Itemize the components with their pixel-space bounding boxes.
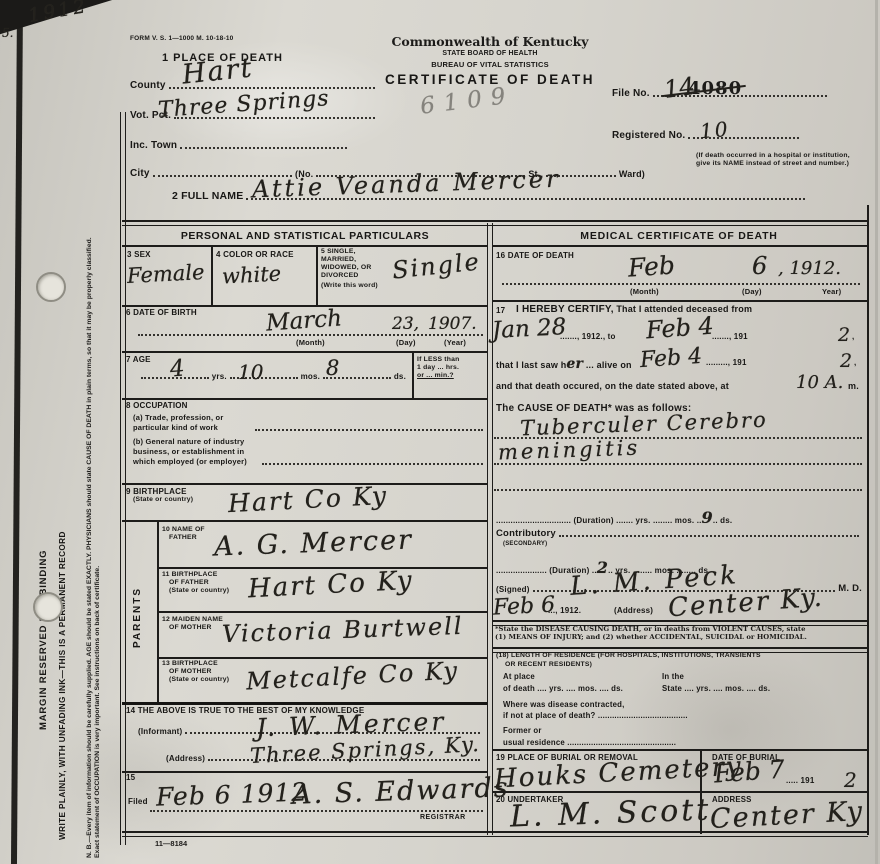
less-than-day-note: If LESS than 1 day ... hrs. or ... min.? <box>417 356 485 380</box>
dot-rule <box>494 489 862 491</box>
age-label: 7 AGE <box>126 355 151 364</box>
scan-edge-right <box>875 0 878 864</box>
filed-date-handwritten: Feb 6 1912 <box>156 777 309 811</box>
undertaker-address-value-handwritten: Center Ky <box>709 796 864 835</box>
city-ward-label: Ward) <box>619 169 645 179</box>
marital-value-handwritten: Single <box>391 247 482 284</box>
cell-divider <box>412 352 414 398</box>
file-no-label: File No. <box>612 88 650 99</box>
form-rule-top <box>122 220 868 226</box>
signed-address-label: (Address) <box>614 606 653 615</box>
undertaker-value-handwritten: L. M. Scott <box>509 792 711 834</box>
race-label: 4 COLOR OR RACE <box>216 250 294 259</box>
full-name-label: 2 FULL NAME <box>172 190 243 202</box>
margin-mark: 5. <box>2 26 13 40</box>
birthplace-sub-label: (State or country) <box>133 496 193 504</box>
signed-label: (Signed) <box>496 585 530 594</box>
dot-leader <box>180 147 347 149</box>
less-than-line2: 1 day ... hrs. <box>417 364 459 371</box>
father-birthplace-label: 11 BIRTHPLACE OF FATHER (State or countr… <box>162 571 229 595</box>
attended-to-printed: ......., 191 <box>712 332 748 341</box>
margin-binding-note: MARGIN RESERVED FOR BINDING <box>38 550 49 730</box>
parents-vertical-label: PARENTS <box>132 587 143 648</box>
year-caption: Year) <box>822 287 841 296</box>
father-name-label-line2: FATHER <box>169 534 197 541</box>
cell-divider <box>316 246 318 305</box>
filed-section-number: 15 <box>126 773 135 782</box>
city-label: City <box>130 168 150 179</box>
duration1-line: ............................... (Duratio… <box>496 508 732 527</box>
attended-to-handwritten: Feb 4 <box>645 312 715 345</box>
in-the-label: In the <box>662 672 684 681</box>
less-than-line3: or ... min.? <box>417 372 454 379</box>
former-residence-line1: Former or <box>503 726 542 735</box>
attended-to-end: , <box>852 332 854 341</box>
in-state-duration-line: State .... yrs. .... mos. .... ds. <box>662 684 770 693</box>
dot-leader <box>559 535 859 537</box>
dot-rule <box>262 463 483 465</box>
mother-name-label: 12 MAIDEN NAME OF MOTHER <box>162 616 223 632</box>
father-name-label-line1: 10 NAME OF <box>162 526 205 533</box>
father-bp-label-line2: OF FATHER <box>169 579 209 586</box>
residence-label-line1: (18) LENGTH OF RESIDENCE (FOR HOSPITALS,… <box>496 652 761 660</box>
informant-address-label: (Address) <box>166 754 205 763</box>
rule <box>122 771 487 773</box>
county-label: County <box>130 80 166 91</box>
mother-birthplace-value-handwritten: Metcalfe Co Ky <box>245 656 459 695</box>
form-border-right <box>867 205 869 835</box>
state-board-heading: STATE BOARD OF HEALTH <box>378 50 602 57</box>
race-value-handwritten: white <box>221 261 281 288</box>
rule <box>492 245 867 247</box>
day-caption: (Day) <box>396 338 416 347</box>
margin-year-note: 1912 <box>27 0 90 27</box>
rule <box>122 398 487 400</box>
cause-footnote: *State the DISEASE CAUSING DEATH, or in … <box>495 625 865 641</box>
dot-rule <box>502 283 860 285</box>
pencil-annotation: 6109 <box>419 82 516 119</box>
duration1-post: .. ds. <box>713 516 732 525</box>
hole-punch <box>33 592 63 622</box>
burial-date-printed: ..... 191 <box>786 776 814 785</box>
form-code: 11—8184 <box>155 839 187 848</box>
mother-birthplace-label: 13 BIRTHPLACE OF MOTHER (State or countr… <box>162 660 229 684</box>
of-death-duration-line: of death .... yrs. .... mos. .... ds. <box>503 684 623 693</box>
mother-name-value-handwritten: Victoria Burtwell <box>222 612 464 648</box>
mother-bp-label-line1: 13 BIRTHPLACE <box>162 660 218 667</box>
death-certificate-scan: { "margin": { "year_note": "1912", "mark… <box>0 0 880 864</box>
rule <box>122 305 487 307</box>
father-bp-label-line1: 11 BIRTHPLACE <box>162 571 217 578</box>
dob-year-handwritten: 1907. <box>428 314 477 334</box>
attended-from-printed: ......., 1912., to <box>560 332 616 341</box>
rule <box>122 351 487 353</box>
contributory-label: Contributory <box>496 528 556 539</box>
burial-date-year-handwritten: 2 <box>844 768 857 792</box>
contracted-line2: if not at place of death? ..............… <box>503 711 688 720</box>
filed-label: Filed <box>128 797 148 806</box>
cause-line2-handwritten: meningitis <box>498 436 641 465</box>
dot-rule <box>255 429 483 431</box>
burial-date-value-handwritten: Feb 7 <box>713 755 785 789</box>
cell-divider <box>211 246 213 305</box>
last-saw-end: , <box>854 358 856 367</box>
hospital-instruction-note: (If death occurred in a hospital or inst… <box>696 152 864 168</box>
rule <box>122 702 487 705</box>
last-saw-her-handwritten: er <box>566 356 583 372</box>
date-of-death-month-handwritten: Feb <box>627 250 676 282</box>
dot-rule <box>150 810 483 812</box>
occupation-label: 8 OCCUPATION <box>126 401 188 410</box>
last-saw-printed2: ........., 191 <box>706 358 747 367</box>
age-days-handwritten: 8 <box>326 356 339 380</box>
birthplace-value-handwritten: Hart Co Ky <box>227 481 388 518</box>
registrar-caption: REGISTRAR <box>420 814 466 821</box>
marital-label: 5 SINGLE, MARRIED, WIDOWED, OR DIVORCED <box>321 248 391 280</box>
father-bp-sub-label: (State or country) <box>169 587 229 594</box>
rule <box>157 567 487 569</box>
occupation-b-line2: business, or establishment in <box>133 447 244 456</box>
year-caption: (Year) <box>444 338 466 347</box>
personal-section-title: PERSONAL AND STATISTICAL PARTICULARS <box>124 230 486 242</box>
signed-date-handwritten: Feb 6 <box>492 592 555 620</box>
file-no-overwrite-handwritten: 14 <box>662 72 696 104</box>
certify-rest-text: That I attended deceased from <box>616 304 752 314</box>
attended-from-handwritten: Jan 28 <box>491 314 567 344</box>
rule <box>492 749 867 751</box>
rule <box>122 245 487 247</box>
duration1-days-handwritten: 9 <box>702 508 713 527</box>
md-label: M. D. <box>838 583 862 594</box>
last-saw-line: that I last saw her ... alive on <box>496 356 632 372</box>
margin-write-plainly-note: WRITE PLAINLY, WITH UNFADING INK—THIS IS… <box>58 531 67 840</box>
certify-section-number: 17 <box>496 306 505 315</box>
father-birthplace-value-handwritten: Hart Co Ky <box>247 566 414 605</box>
sex-label: 3 SEX <box>127 250 151 259</box>
inc-town-label: Inc. Town <box>130 140 177 151</box>
cause-footnote-line2: (1) MEANS OF INJURY; and (2) whether ACC… <box>495 633 807 641</box>
dob-day-handwritten: 23, <box>392 314 419 334</box>
ds-label: ds. <box>394 372 406 381</box>
duration1-pre: ............................... (Duratio… <box>496 516 702 525</box>
occupation-b-line3: which employed (or employer) <box>133 457 247 466</box>
rule <box>122 520 487 522</box>
occupation-b-line1: (b) General nature of industry <box>133 437 244 446</box>
death-occurred-line: and that death occured, on the date stat… <box>496 381 729 391</box>
mother-name-label-line2: OF MOTHER <box>169 624 212 631</box>
cause-footnote-line1: *State the DISEASE CAUSING DEATH, or in … <box>495 625 805 633</box>
certify-statement: I HEREBY CERTIFY, That I attended deceas… <box>516 304 752 315</box>
signed-year-printed: ..., 1912. <box>548 606 581 615</box>
death-m-printed: m. <box>848 381 859 391</box>
date-of-death-year-handwritten: , 1912. <box>778 258 841 279</box>
form-divider-center <box>487 223 493 835</box>
bureau-heading: BUREAU OF VITAL STATISTICS <box>378 60 602 69</box>
age-years-handwritten: 4 <box>169 355 186 382</box>
sex-value-handwritten: Female <box>126 260 205 288</box>
occupation-a-line2: particular kind of work <box>133 423 218 432</box>
dob-month-handwritten: March <box>265 305 343 336</box>
medical-section-title: MEDICAL CERTIFICATE OF DEATH <box>492 230 866 242</box>
commonwealth-heading: Commonwealth of Kentucky <box>378 34 602 49</box>
secondary-caption: (SECONDARY) <box>503 541 547 547</box>
registered-no-value-handwritten: 10 <box>699 117 730 143</box>
mother-name-label-line1: 12 MAIDEN NAME <box>162 616 223 623</box>
form-number: FORM V. S. 1—1000 M. 10-18-10 <box>130 35 233 42</box>
hole-punch <box>36 272 66 302</box>
former-residence-line2: usual residence ........................… <box>503 738 676 747</box>
birthplace-label: 9 BIRTHPLACE <box>126 487 187 496</box>
yrs-label: yrs. <box>212 372 227 381</box>
last-saw-year-handwritten: 2 <box>840 350 852 372</box>
scan-edge-left <box>11 0 23 864</box>
occupation-a-line1: (a) Trade, profession, or <box>133 413 223 422</box>
month-caption: (Month) <box>296 338 325 347</box>
mother-bp-label-line2: OF MOTHER <box>169 668 212 675</box>
last-saw-mid: ... alive on <box>586 360 632 370</box>
informant-label: (Informant) <box>138 727 182 736</box>
inc-town-row: Inc. Town <box>130 140 350 151</box>
date-of-death-label: 16 DATE OF DEATH <box>496 251 574 260</box>
rule <box>492 791 867 793</box>
age-months-handwritten: 10 <box>238 360 263 384</box>
registrar-signature-handwritten: A. S. Edwards <box>292 772 511 811</box>
registered-no-label: Registered No. <box>612 130 685 141</box>
attended-to-year-handwritten: 2 <box>838 324 850 346</box>
month-caption: (Month) <box>630 287 659 296</box>
mos-label: mos. <box>301 372 320 381</box>
dot-rule <box>494 463 862 465</box>
marital-sub-label: (Write this word) <box>321 282 378 290</box>
date-of-death-day-handwritten: 6 <box>752 252 767 280</box>
dob-label: 6 DATE OF BIRTH <box>126 308 197 317</box>
contributory-row: Contributory <box>496 528 862 539</box>
father-name-value-handwritten: A. G. Mercer <box>214 525 414 563</box>
residence-label-line2: OR RECENT RESIDENTS) <box>505 661 592 669</box>
father-name-label: 10 NAME OF FATHER <box>162 526 205 542</box>
rule <box>492 300 867 302</box>
mother-bp-sub-label: (State or country) <box>169 676 229 683</box>
day-caption: (Day) <box>742 287 762 296</box>
less-than-line1: If LESS than <box>417 356 459 363</box>
last-saw-pre: that I last saw h <box>496 360 566 370</box>
dot-rule <box>138 334 483 336</box>
contracted-line1: Where was disease contracted, <box>503 700 625 709</box>
last-saw-date-handwritten: Feb 4 <box>639 344 703 373</box>
death-time-handwritten: 10 A. <box>796 372 843 393</box>
scan-blotch <box>620 640 840 820</box>
at-place-label: At place <box>503 672 535 681</box>
